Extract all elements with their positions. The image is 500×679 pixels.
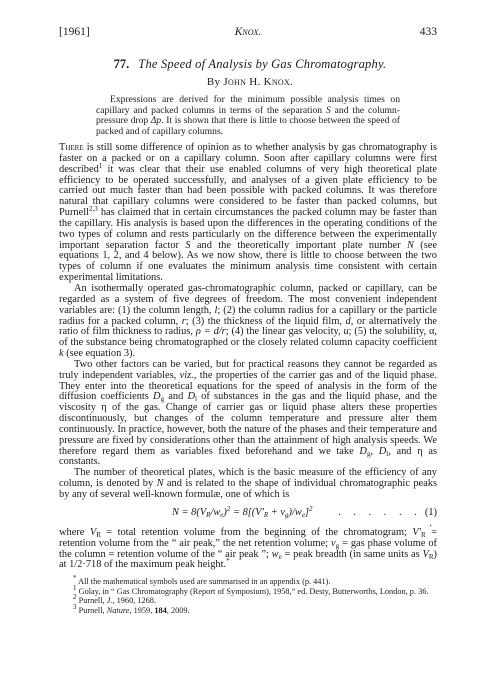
footnote-text: Purnell, — [79, 606, 107, 615]
author-name: John H. Knox. — [223, 76, 293, 88]
text: ; (5) the solubility, — [349, 326, 429, 337]
paragraph-1: There is still some difference of opinio… — [59, 143, 437, 284]
footnote-text: Golay, in “ Gas Chromatography (Report o… — [79, 587, 429, 596]
paragraph-5: where VR = total retention volume from t… — [59, 528, 437, 571]
symbol-rho: ρ = d/r — [196, 326, 226, 337]
leader-dots: . . . . . . . . — [329, 508, 437, 530]
abstract: Expressions are derived for the minimum … — [96, 95, 400, 137]
citation-ref[interactable]: 2,3 — [89, 205, 98, 213]
article-title-text: The Speed of Analysis by Gas Chromatogra… — [138, 57, 386, 71]
text: , — [370, 446, 378, 457]
footnote-star: * All the mathematical symbols used are … — [59, 577, 437, 586]
equation-number: (1) — [425, 508, 437, 519]
text: , and — [388, 446, 417, 457]
footnote-ref[interactable]: * — [226, 557, 230, 565]
journal-page: [1961] Knox. 433 77.The Speed of Analysi… — [0, 0, 500, 679]
page-number: 433 — [420, 26, 437, 38]
symbol-D: D — [188, 391, 196, 402]
symbol-delta-p: Δp — [151, 115, 161, 126]
footnote-mark: 3 — [73, 603, 77, 611]
symbol-D: D — [359, 446, 367, 457]
symbol-N: N — [407, 240, 414, 251]
running-head-author: Knox. — [59, 26, 437, 38]
byline: By John H. Knox. — [0, 76, 500, 88]
paragraph-4: The number of theoretical plates, which … — [59, 468, 437, 501]
text: and — [164, 391, 187, 402]
text: ; (4) the linear gas velocity, — [226, 326, 344, 337]
footnote-text: , 1960, 1268. — [112, 596, 156, 605]
text: (see equation 3). — [64, 348, 136, 359]
running-head: [1961] Knox. 433 — [59, 26, 437, 40]
footnote-text: , 2009. — [167, 606, 190, 615]
article-title: 77.The Speed of Analysis by Gas Chromato… — [0, 57, 500, 72]
equation-1: N = 8(VR/we)2 = 8[(V′R + vg)/we]2 . . . … — [59, 508, 437, 520]
footnote-3: 3 Purnell, Nature, 1959, 184, 2009. — [59, 606, 437, 615]
journal-name: Nature — [107, 606, 130, 615]
paragraph-3: Two other factors can be varied, but for… — [59, 360, 437, 468]
article-number: 77. — [114, 57, 130, 71]
footnote-text: All the mathematical symbols used are su… — [78, 577, 330, 586]
symbol-N: N — [157, 478, 164, 489]
footnote-mark: * — [73, 574, 77, 582]
lead-word: There — [59, 142, 84, 153]
footnote-text: , 1959, — [129, 606, 154, 615]
equation-formula: N = 8(VR/we)2 = 8[(V′R + vg)/we]2 — [172, 508, 312, 519]
byline-prefix: By — [207, 76, 220, 88]
footnote-mark: 1 — [73, 584, 77, 592]
footnote-mark: 2 — [73, 593, 77, 601]
text: where — [59, 527, 90, 538]
text: = peak breadth (in same units as — [282, 549, 423, 560]
footnotes: * All the mathematical symbols used are … — [59, 577, 437, 615]
volume-number: 184 — [154, 606, 166, 615]
footnote-text: Purnell, — [79, 596, 107, 605]
body-text: There is still some difference of opinio… — [59, 143, 437, 571]
text: ; (3) the thickness of the liquid film, — [186, 316, 346, 327]
footnote-2: 2 Purnell, J., 1960, 1268. — [59, 596, 437, 605]
text: and the theoretically important plate nu… — [191, 240, 407, 251]
abbrev-viz: viz. — [180, 370, 194, 381]
paragraph-2: An isothermally operated gas-chromatogra… — [59, 284, 437, 360]
symbol-D: D — [153, 391, 161, 402]
